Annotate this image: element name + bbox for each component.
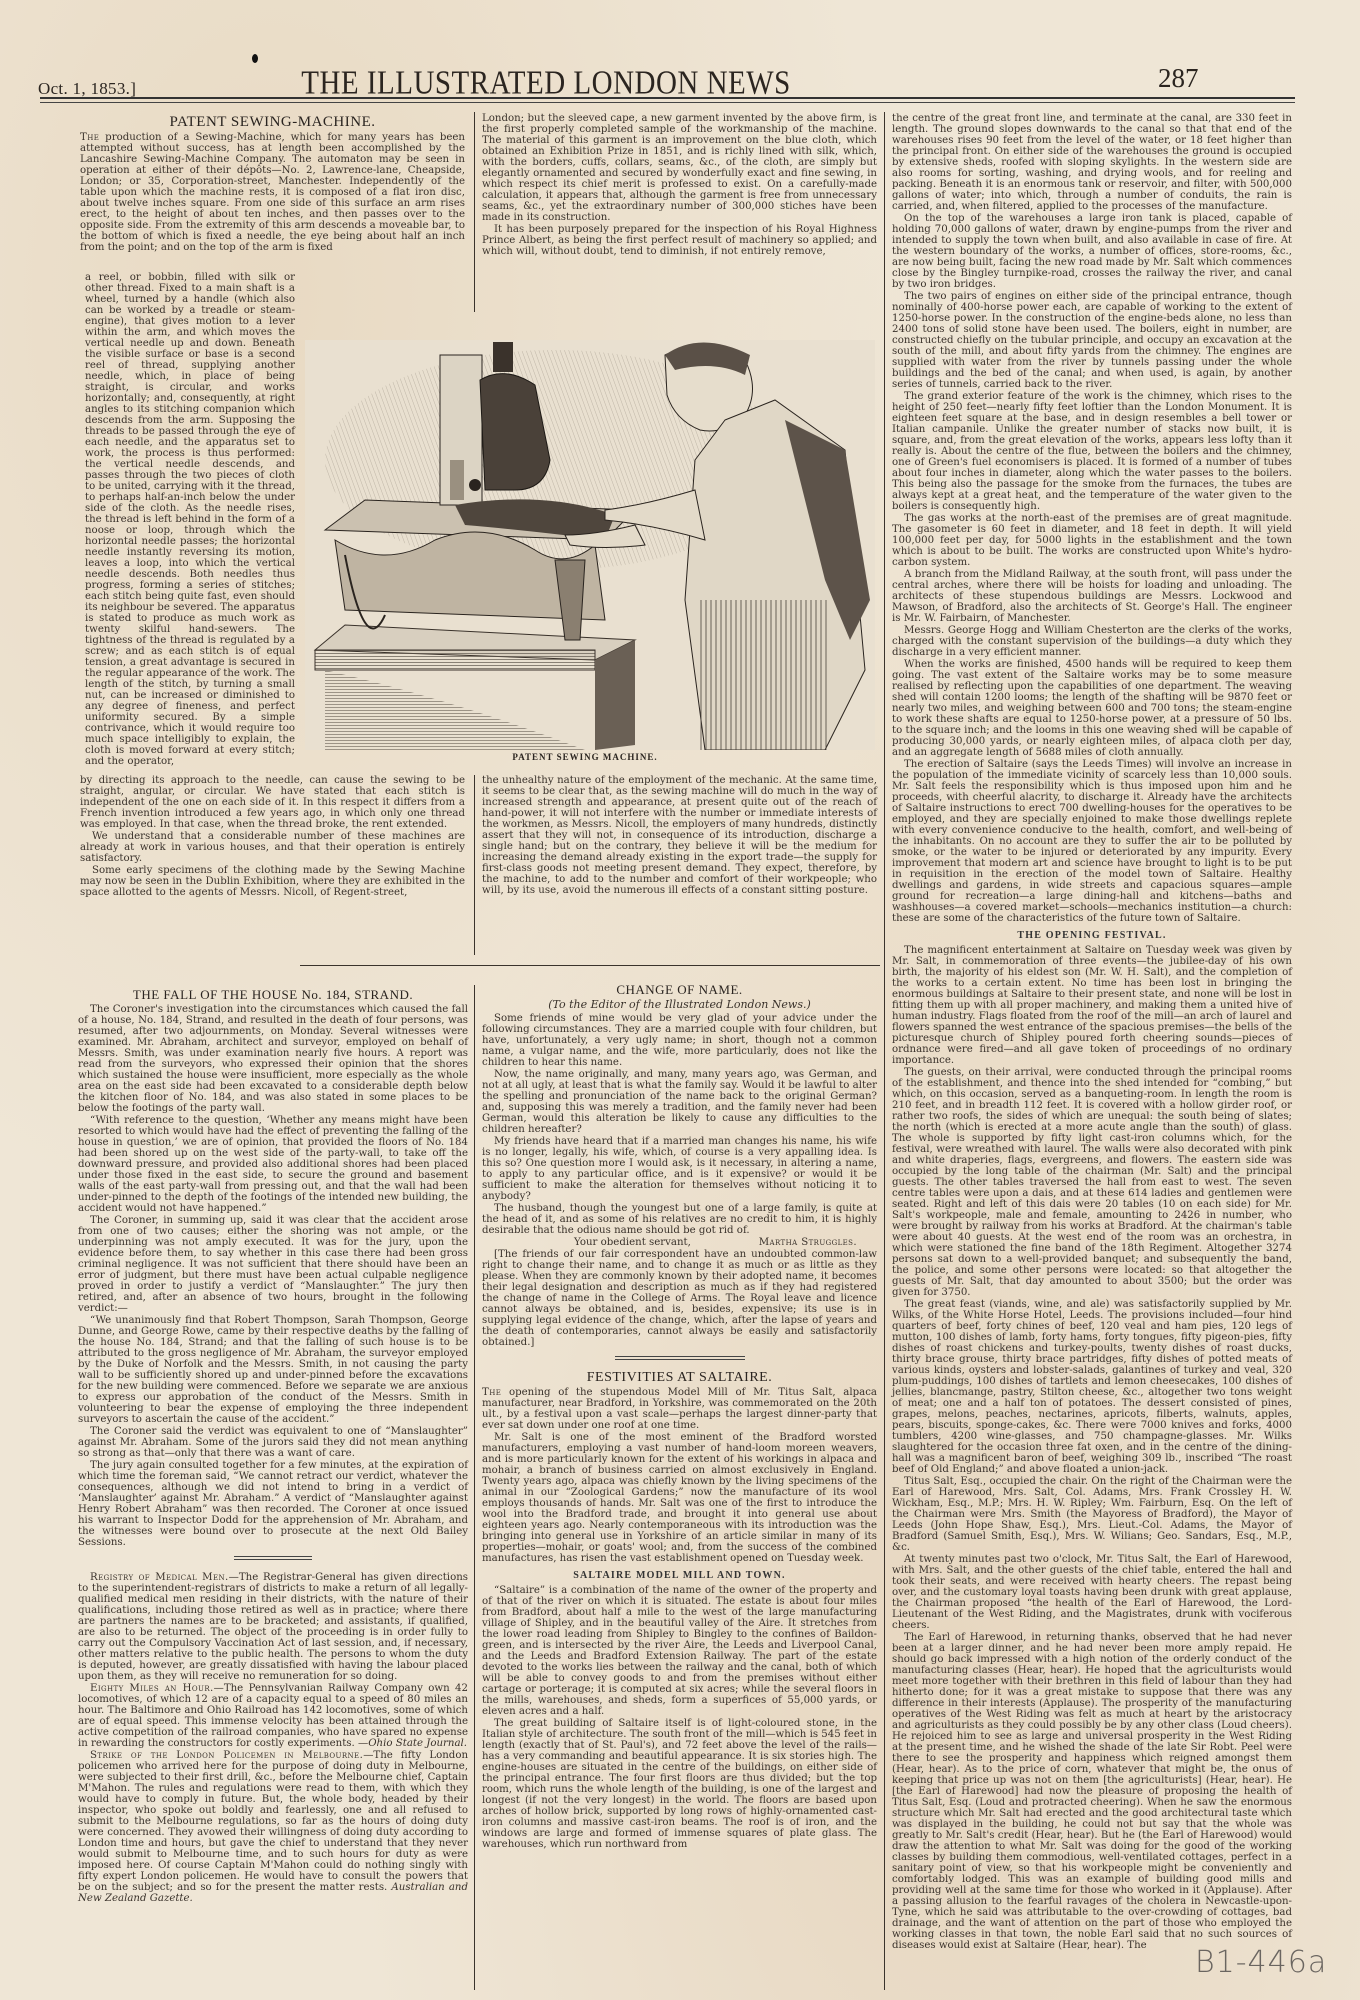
signature: Martha Struggles. <box>747 1237 857 1248</box>
body-text: The great building of Saltaire itself is… <box>482 1718 877 1850</box>
body-text: The jury again consulted together for a … <box>78 1460 468 1548</box>
column-divider <box>884 985 885 1990</box>
body-text: “With reference to the question, ‘Whethe… <box>78 1115 468 1214</box>
body-text: The gas works at the north-east of the p… <box>892 513 1292 568</box>
article-sewing-machine: PATENT SEWING-MACHINE. The production of… <box>80 113 465 254</box>
brief-lead: Eighty Miles an Hour. <box>90 1683 214 1694</box>
column-divider <box>474 112 475 312</box>
newspaper-page: Oct. 1, 1853.] THE ILLUSTRATED LONDON NE… <box>0 0 1360 2000</box>
body-text: My friends have heard that if a married … <box>482 1136 877 1202</box>
column-divider <box>474 985 475 1990</box>
article-sewing-machine-end: by directing its approach to the needle,… <box>80 775 465 899</box>
body-text: At twenty minutes past two o'clock, Mr. … <box>892 1554 1292 1631</box>
headline: CHANGE OF NAME. <box>482 984 877 995</box>
section-rule <box>300 965 880 966</box>
body-text: The Coroner said the verdict was equival… <box>78 1426 468 1459</box>
body-text: A branch from the Midland Railway, at th… <box>892 569 1292 624</box>
body-text: production of a Sewing-Machine, which fo… <box>80 132 465 253</box>
article-strand: THE FALL OF THE HOUSE No. 184, STRAND. T… <box>78 985 468 1905</box>
body-text: The two pairs of engines on either side … <box>892 291 1292 390</box>
body-text: The husband, though the youngest but one… <box>482 1203 877 1236</box>
pencil-catalog-number: B1-446a <box>1195 1945 1327 1980</box>
drop-lead: The <box>80 132 99 143</box>
column-divider <box>884 112 885 992</box>
brief-source: —Ohio State Journal. <box>358 1738 467 1749</box>
section-separator <box>234 1556 312 1560</box>
letter-subtitle: (To the Editor of the Illustrated London… <box>482 999 877 1010</box>
printer-mark <box>252 54 258 63</box>
body-text: a reel, or bobbin, filled with silk or o… <box>85 272 295 767</box>
body-text: The Coroner's investigation into the cir… <box>78 1004 468 1114</box>
article-sewing-machine-col2: London; but the sleeved cape, a new garm… <box>482 113 877 258</box>
body-text: When the works are finished, 4500 hands … <box>892 659 1292 758</box>
brief-lead: Strike of the London Policemen in Melbou… <box>90 1750 363 1761</box>
article-change-of-name: CHANGE OF NAME. (To the Editor of the Il… <box>482 980 877 1851</box>
illustration-caption: PATENT SEWING MACHINE. <box>305 752 865 762</box>
body-text: Mr. Salt is one of the most eminent of t… <box>482 1432 877 1564</box>
sewing-machine-engraving <box>305 340 875 750</box>
body-text: Some friends of mine would be very glad … <box>482 1013 877 1068</box>
masthead-rule <box>40 97 1295 103</box>
issue-date: Oct. 1, 1853.] <box>38 79 136 99</box>
body-text: “Saltaire” is a combination of the name … <box>482 1585 877 1717</box>
page-number: 287 <box>1158 63 1199 94</box>
brief-item: Strike of the London Policemen in Melbou… <box>78 1750 468 1904</box>
body-text: We understand that a considerable number… <box>80 831 465 864</box>
body-text: London; but the sleeved cape, a new garm… <box>482 113 877 223</box>
body-text: The erection of Saltaire (says the Leeds… <box>892 759 1292 924</box>
body-text: The magnificent entertainment at Saltair… <box>892 945 1292 1066</box>
article-sewing-machine-narrow: a reel, or bobbin, filled with silk or o… <box>85 272 295 768</box>
body-text: Messrs. George Hogg and William Chestert… <box>892 625 1292 658</box>
headline: FESTIVITIES AT SALTAIRE. <box>482 1372 877 1383</box>
engraving-image <box>305 340 875 750</box>
body-text: The guests, on their arrival, were condu… <box>892 1067 1292 1298</box>
body-text: The great feast (viands, wine, and ale) … <box>892 1299 1292 1475</box>
body-text: by directing its approach to the needle,… <box>80 775 465 830</box>
body-text: It has been purposely prepared for the i… <box>482 224 877 257</box>
column-divider <box>474 775 475 955</box>
subheadline: SALTAIRE MODEL MILL AND TOWN. <box>482 1570 877 1581</box>
body-text: The Earl of Harewood, in returning thank… <box>892 1632 1292 1951</box>
letter-closing: Your obedient servant, Martha Struggles. <box>482 1237 877 1248</box>
body-text: Now, the name originally, and many, many… <box>482 1069 877 1135</box>
body-text: the unhealthy nature of the employment o… <box>482 775 877 896</box>
body-text: Titus Salt, Esq., occupied the chair. On… <box>892 1476 1292 1553</box>
editor-reply: [The friends of our fair correspondent h… <box>482 1249 877 1348</box>
body-text: On the top of the warehouses a large iro… <box>892 213 1292 290</box>
body-text: Some early specimens of the clothing mad… <box>80 865 465 898</box>
headline: THE FALL OF THE HOUSE No. 184, STRAND. <box>78 989 468 1000</box>
section-separator <box>615 1356 745 1360</box>
body-text: “We unanimously find that Robert Thompso… <box>78 1315 468 1425</box>
article-sewing-machine-col2-end: the unhealthy nature of the employment o… <box>482 775 877 897</box>
subheadline: THE OPENING FESTIVAL. <box>892 930 1292 941</box>
body-text: The grand exterior feature of the work i… <box>892 391 1292 512</box>
body-text: The Coroner, in summing up, said it was … <box>78 1215 468 1314</box>
brief-lead: Registry of Medical Men. <box>90 1572 229 1583</box>
brief-item: Eighty Miles an Hour.—The Pennsylvanian … <box>78 1683 468 1749</box>
body-text: the centre of the great front line, and … <box>892 113 1292 212</box>
article-saltaire-col3: the centre of the great front line, and … <box>892 113 1292 1952</box>
brief-item: Registry of Medical Men.—The Registrar-G… <box>78 1572 468 1682</box>
headline: PATENT SEWING-MACHINE. <box>80 117 465 128</box>
